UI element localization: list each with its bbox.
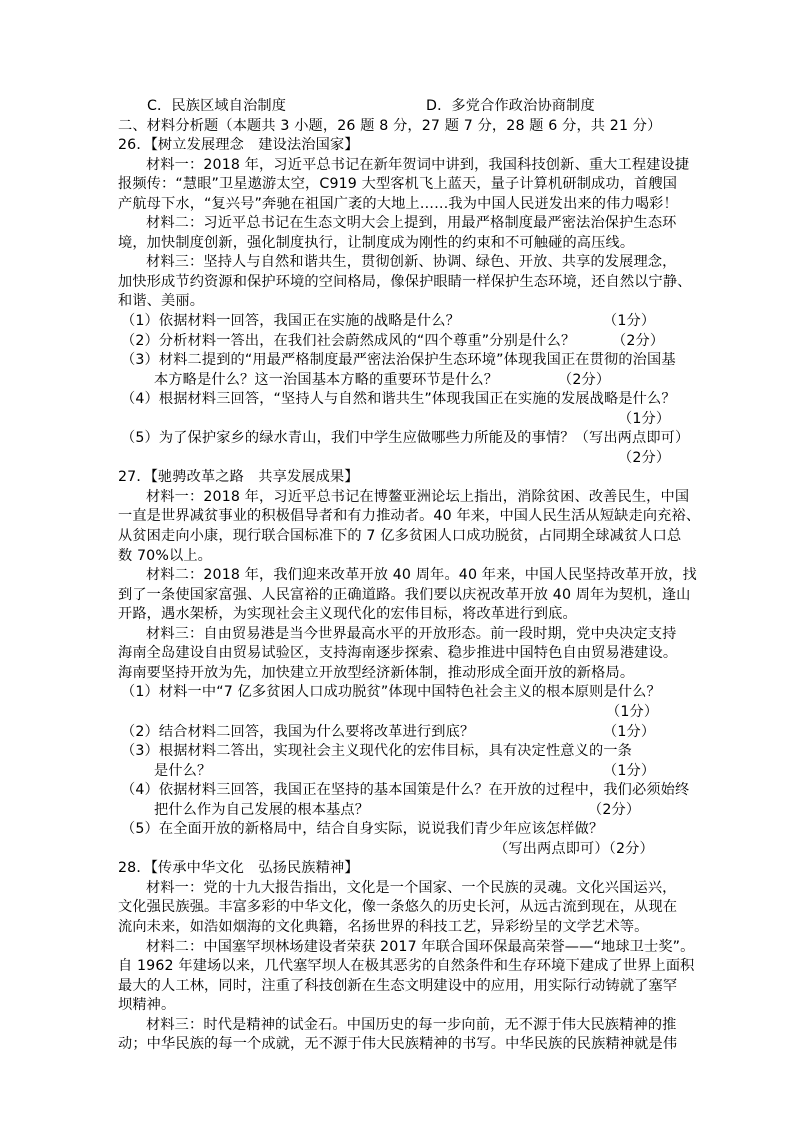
q28-material-2-line: 自 1962 年建场以来，几代塞罕坝人在极其恶劣的自然条件和生存环境下建成了世界… (118, 957, 666, 977)
question-text: （4）根据材料三回答，“坚持人与自然和谐共生”体现我国正在实施的发展战略是什么？ (121, 391, 676, 407)
q26-material-2-line: 材料二：习近平总书记在生态文明大会上提到，用最严格制度最严密法治保护生态环 (118, 214, 666, 234)
q28-material-1-line: 文化强民族强。丰富多彩的中华文化，像一条悠久的历史长河，从远古流到现在，从现在 (118, 898, 666, 918)
q26-question-3: （3）材料二提到的“用最严格制度最严密法治保护生态环境”体现我国正在贯彻的治国基 (118, 351, 666, 371)
q27-material-1-line: 数 70%以上。 (118, 547, 666, 567)
q27-material-1-line: 材料一：2018 年，习近平总书记在博鳌亚洲论坛上指出，消除贫困、改善民生，中国 (118, 488, 666, 508)
question-score: （1分） (606, 703, 658, 723)
q27-question-1: （1）材料一中“7 亿多贫困人口成功脱贫”体现中国特色社会主义的根本原则是什么？ (118, 683, 666, 703)
q27-material-2-line: 到了一条使国家富强、人民富裕的正确道路。我们要以庆祝改革开放 40 周年为契机，… (118, 586, 666, 606)
q26-material-3-line: 和谐、美丽。 (118, 292, 666, 312)
q28-material-2-line: 材料二：中国塞罕坝林场建设者荣获 2017 年联合国环保最高荣誉——“地球卫士奖… (118, 938, 666, 958)
q28-material-1-line: 流向未来，如浩如烟海的文化典籍，名扬世界的科技工艺，异彩纷呈的文学艺术等。 (118, 918, 666, 938)
question-text: （1）依据材料一回答，我国正在实施的战略是什么？ (121, 313, 460, 329)
q27-material-1-line: 从贫困走向小康，现行联合国标准下的 7 亿多贫困人口成功脱贫，占同期全球减贫人口… (118, 527, 666, 547)
q27-material-2-line: 材料二：2018 年，我们迎来改革开放 40 周年。40 年来，中国人民坚持改革… (118, 566, 666, 586)
q28-material-2-line: 坝精神。 (118, 996, 666, 1016)
q26-question-4: （4）根据材料三回答，“坚持人与自然和谐共生”体现我国正在实施的发展战略是什么？ (118, 390, 666, 410)
q27-question-1-score-line: （1分） (118, 703, 666, 723)
question-score: （1分） (603, 312, 655, 332)
question-text-cont: 本方略是什么？这一治国基本方略的重要环节是什么？ (154, 372, 498, 388)
question-score: （1分） (618, 410, 670, 430)
q26-question-1: （1）依据材料一回答，我国正在实施的战略是什么？ （1分） (118, 312, 666, 332)
question-text: （3）材料二提到的“用最严格制度最严密法治保护生态环境”体现我国正在贯彻的治国基 (121, 352, 676, 368)
question-text: （5）在全面开放的新格局中，结合自身实际，说说我们青少年应该怎样做？ (121, 821, 603, 837)
q26-question-5-score-line: （2分） (118, 449, 666, 469)
question-text: （2）分析材料一答出，在我们社会蔚然成风的“四个尊重”分别是什么？ (121, 333, 575, 349)
question-score: （1分） (603, 723, 655, 743)
exam-content: C．民族区域自治制度 D．多党合作政治协商制度 二、材料分析题（本题共 3 小题… (118, 97, 666, 1055)
q26-question-2: （2）分析材料一答出，在我们社会蔚然成风的“四个尊重”分别是什么？ （2分） (118, 332, 666, 352)
exam-page: C．民族区域自治制度 D．多党合作政治协商制度 二、材料分析题（本题共 3 小题… (0, 0, 794, 1123)
q27-material-3-line: 材料三：自由贸易港是当今世界最高水平的开放形态。前一段时期，党中央决定支持 (118, 625, 666, 645)
question-score: （2分） (588, 801, 640, 821)
option-c: C．民族区域自治制度 (147, 98, 286, 114)
q28-material-2-line: 最大的人工林，同时，注重了科技创新在生态文明建设中的应用，用实际行动铸就了塞罕 (118, 977, 666, 997)
question-text: （2）结合材料二回答，我国为什么要将改革进行到底？ (121, 724, 474, 740)
q27-material-2-line: 开路，遇水架桥，为实现社会主义现代化的宏伟目标，将改革进行到底。 (118, 605, 666, 625)
question-score: （2分） (558, 371, 610, 391)
q26-material-2-line: 境，加快制度创新，强化制度执行，让制度成为刚性的约束和不可触碰的高压线。 (118, 234, 666, 254)
q27-question-4-continued: 把什么作为自己发展的根本基点？ （2分） (118, 801, 666, 821)
question-text-cont: 把什么作为自己发展的根本基点？ (154, 802, 369, 818)
question-text: （5）为了保护家乡的绿水青山，我们中学生应做哪些力所能及的事情？（写出两点即可） (121, 430, 689, 446)
q26-material-3-line: 材料三：坚持人与自然和谐共生，贯彻创新、协调、绿色、开放、共享的发展理念， (118, 253, 666, 273)
question-text-cont: 是什么？ (154, 763, 211, 779)
question-text: （1）材料一中“7 亿多贫困人口成功脱贫”体现中国特色社会主义的根本原则是什么？ (121, 684, 661, 700)
answer-options-row: C．民族区域自治制度 D．多党合作政治协商制度 (118, 97, 666, 117)
q27-title: 27．【驰骋改革之路 共享发展成果】 (118, 468, 666, 488)
question-score: （2分） (612, 332, 664, 352)
option-d: D．多党合作政治协商制度 (426, 97, 595, 117)
q28-material-3-line: 动；中华民族的每一个成就，无不源于伟大民族精神的书写。中华民族的民族精神就是伟 (118, 1035, 666, 1055)
q26-question-3-continued: 本方略是什么？这一治国基本方略的重要环节是什么？ （2分） (118, 371, 666, 391)
q26-material-1-line: 材料一：2018 年，习近平总书记在新年贺词中讲到，我国科技创新、重大工程建设捷 (118, 156, 666, 176)
q27-question-3-continued: 是什么？ （1分） (118, 762, 666, 782)
q27-question-4: （4）依据材料三回答，我国正在坚持的基本国策是什么？在开放的过程中，我们必须始终 (118, 781, 666, 801)
section-heading: 二、材料分析题（本题共 3 小题，26 题 8 分，27 题 7 分，28 题 … (118, 117, 666, 137)
q26-material-1-line: 产航母下水，“复兴号”奔驰在祖国广袤的大地上……我为中国人民迸发出来的伟力喝彩！ (118, 195, 666, 215)
q26-title: 26．【树立发展理念 建设法治国家】 (118, 136, 666, 156)
q26-question-4-score-line: （1分） (118, 410, 666, 430)
question-text: （4）依据材料三回答，我国正在坚持的基本国策是什么？在开放的过程中，我们必须始终 (121, 782, 689, 798)
q26-question-5: （5）为了保护家乡的绿水青山，我们中学生应做哪些力所能及的事情？（写出两点即可） (118, 429, 666, 449)
q27-question-5-score-line: （写出两点即可）（2分） (118, 840, 666, 860)
q27-material-1-line: 一直是世界减贫事业的积极倡导者和有力推动者。40 年来，中国人民生活从短缺走向充… (118, 507, 666, 527)
q27-question-2: （2）结合材料二回答，我国为什么要将改革进行到底？ （1分） (118, 723, 666, 743)
q28-material-1-line: 材料一：党的十九大报告指出，文化是一个国家、一个民族的灵魂。文化兴国运兴， (118, 879, 666, 899)
q27-material-3-line: 海南全岛建设自由贸易试验区，支持海南逐步探索、稳步推进中国特色自由贸易港建设。 (118, 644, 666, 664)
question-text: （3）根据材料二答出，实现社会主义现代化的宏伟目标，具有决定性意义的一条 (121, 743, 632, 759)
q26-material-1-line: 报频传：“慧眼”卫星遨游太空，C919 大型客机飞上蓝天，量子计算机研制成功，首… (118, 175, 666, 195)
question-score: （写出两点即可）（2分） (494, 840, 654, 860)
q28-title: 28．【传承中华文化 弘扬民族精神】 (118, 859, 666, 879)
question-score: （1分） (603, 762, 655, 782)
q27-question-5: （5）在全面开放的新格局中，结合自身实际，说说我们青少年应该怎样做？ (118, 820, 666, 840)
q27-material-3-line: 海南要坚持开放为先，加快建立开放型经济新体制，推动形成全面开放的新格局。 (118, 664, 666, 684)
q27-question-3: （3）根据材料二答出，实现社会主义现代化的宏伟目标，具有决定性意义的一条 (118, 742, 666, 762)
q26-material-3-line: 加快形成节约资源和保护环境的空间格局，像保护眼睛一样保护生态环境，还自然以宁静、 (118, 273, 666, 293)
question-score: （2分） (618, 449, 670, 469)
q28-material-3-line: 材料三：时代是精神的试金石。中国历史的每一步向前，无不源于伟大民族精神的推 (118, 1016, 666, 1036)
